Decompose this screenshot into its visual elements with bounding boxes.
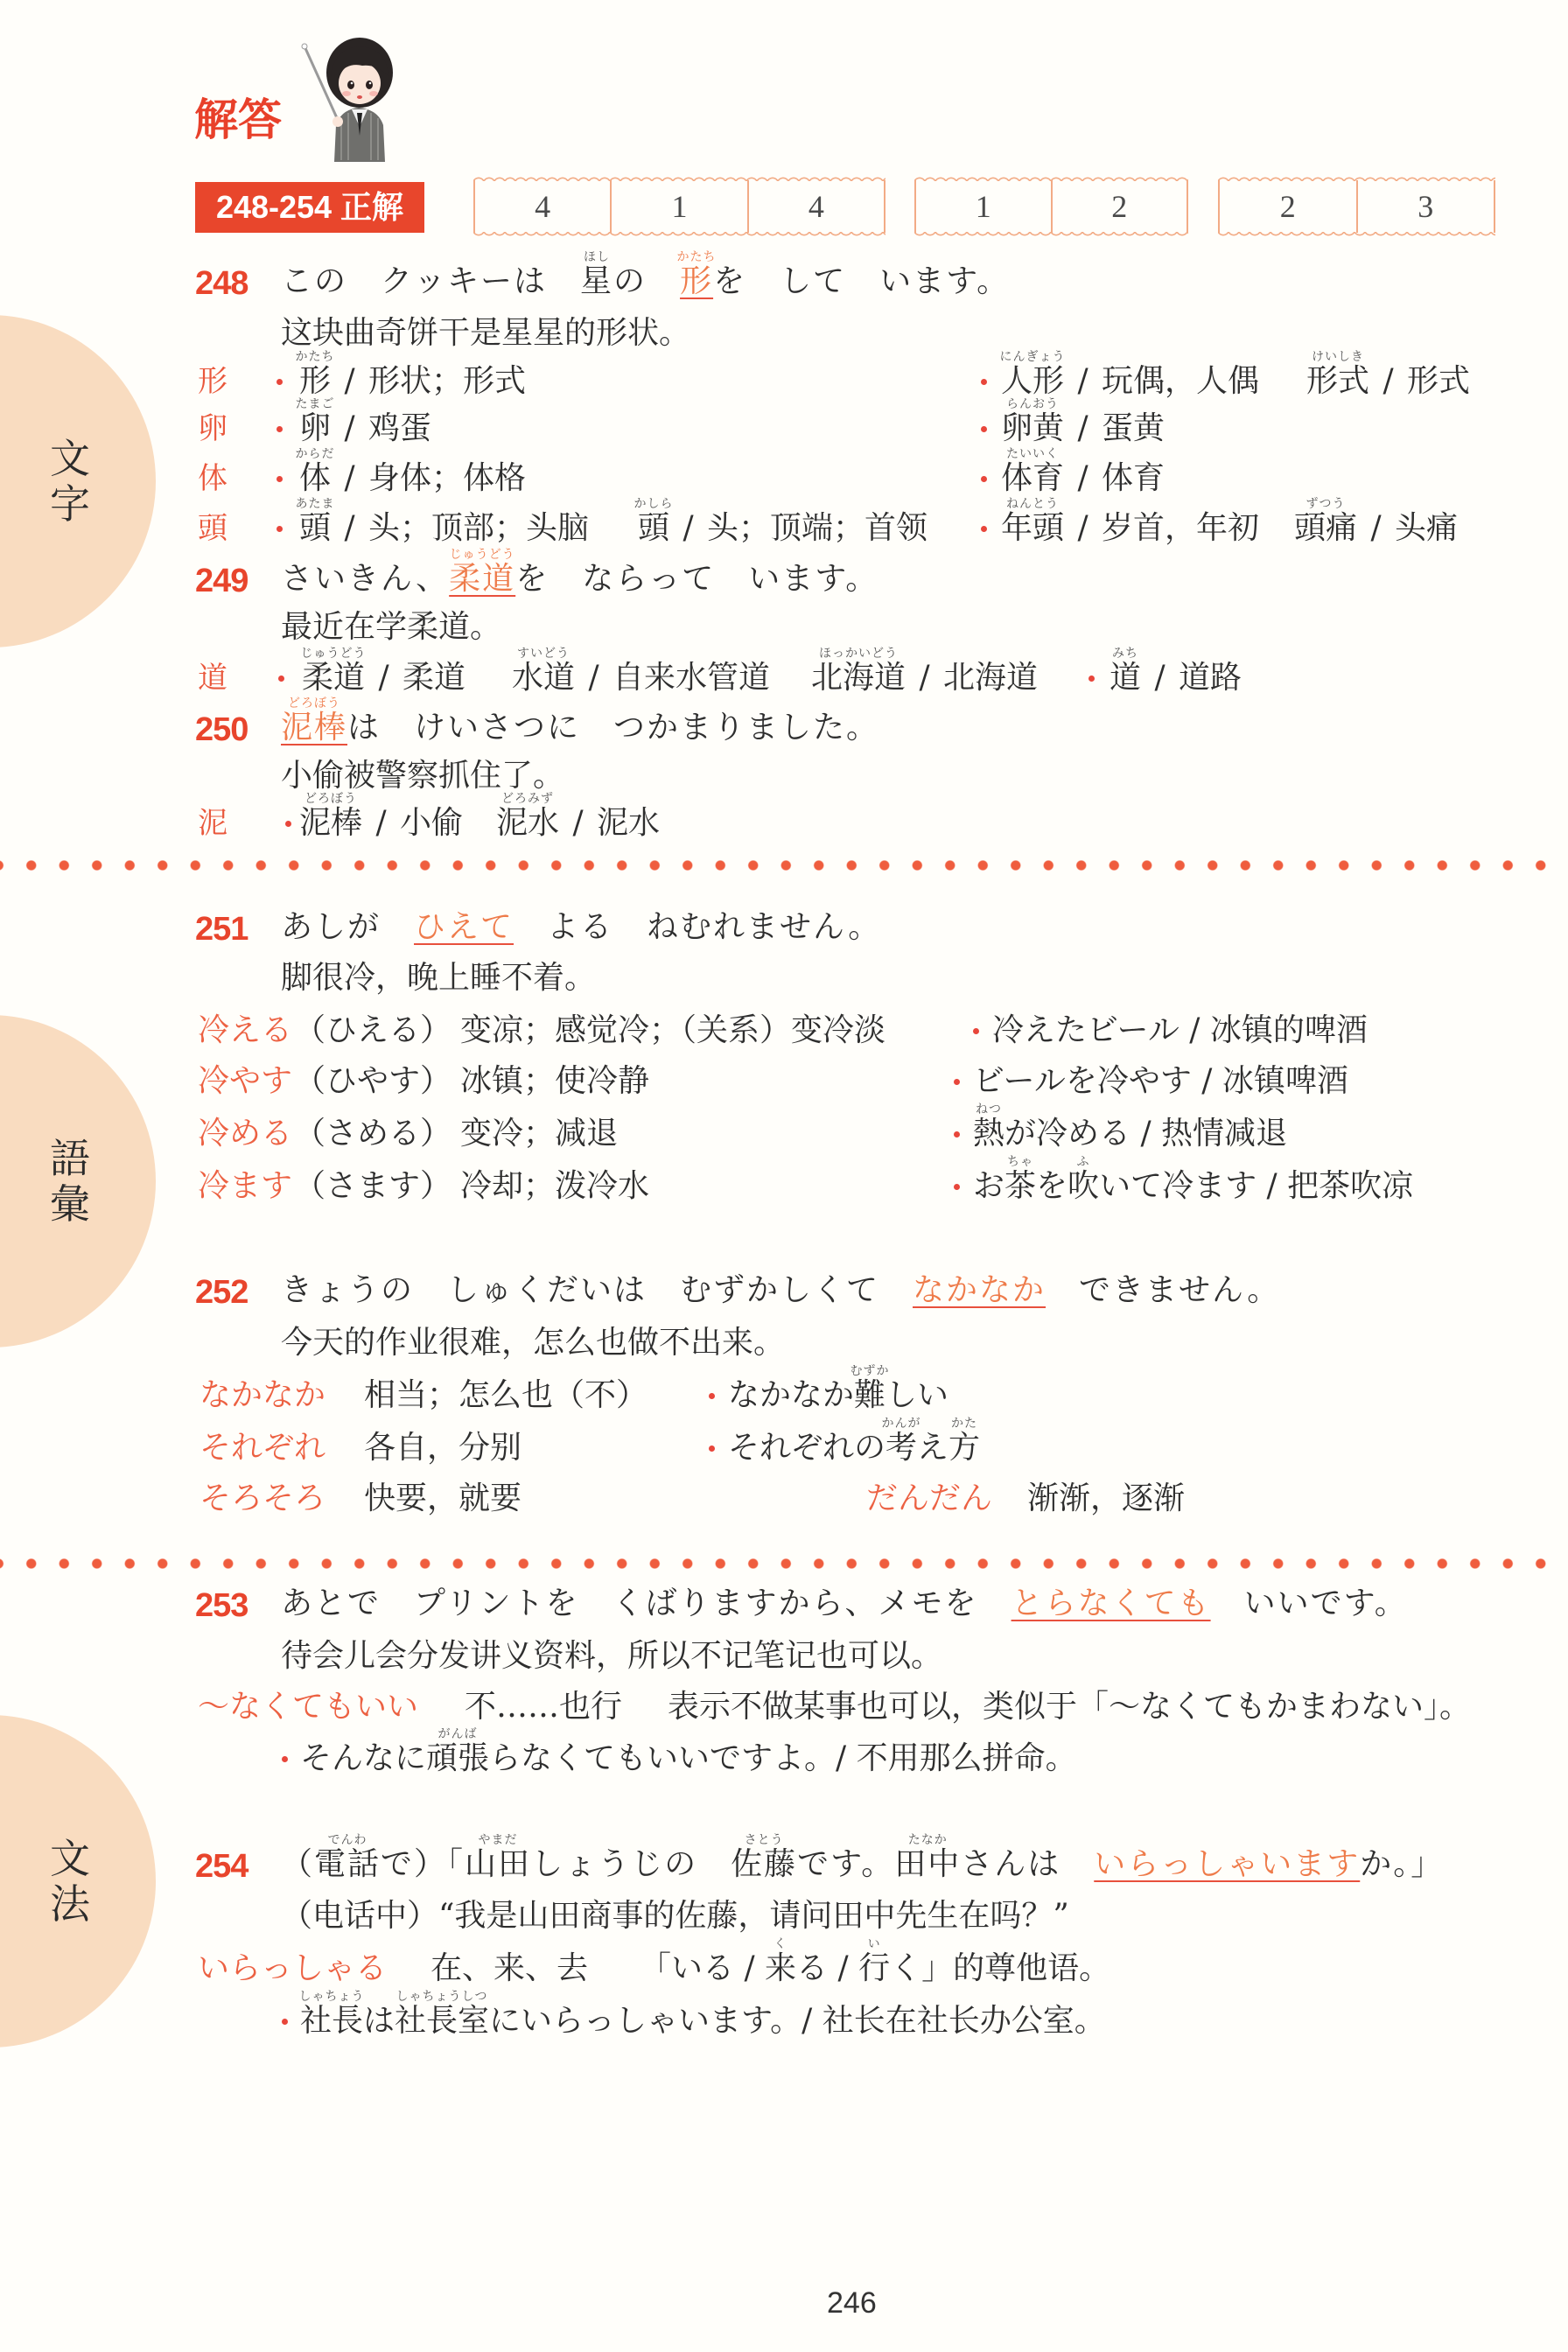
ruby-word: 人形にんぎょう: [1001, 362, 1064, 401]
kanji-row: 道 柔道じゅうどう / 柔道 水道すいどう / 自来水管道 北海道ほっかいどう …: [0, 659, 1568, 697]
note-text: る /: [796, 1949, 858, 1988]
vocab-meaning: 渐渐，逐渐: [1027, 1480, 1185, 1518]
sentence-text: この クッキーは: [281, 262, 580, 301]
vocab-meaning: 快要，就要: [364, 1480, 521, 1518]
ruby-word: 熱ねつ: [973, 1115, 1004, 1153]
kanji-example: 柔道じゅうどう / 柔道: [302, 659, 465, 697]
kanji-example: 道みち / 道路: [1109, 659, 1242, 697]
kanji-example: 卵黄らんおう / 蛋黄: [1001, 409, 1165, 448]
furigana: ねんとう: [1006, 498, 1059, 510]
sentence-text: の: [613, 262, 680, 301]
vocab-meaning: 各自，分别: [364, 1429, 521, 1467]
bullet-icon: [276, 426, 283, 432]
furigana: ふ: [1077, 1156, 1090, 1168]
answer-cell-248: 4: [475, 180, 612, 233]
vocab-reading: （ひえる）: [294, 1011, 451, 1050]
ruby-base: 星: [580, 263, 613, 299]
vocab-meaning: 相当；怎么也（不）: [364, 1376, 647, 1415]
ruby-base: 難: [854, 1377, 885, 1413]
bullet-icon: [981, 379, 987, 385]
ruby-word: 形式けいしき: [1306, 362, 1369, 401]
ruby-base: 頭痛: [1294, 510, 1357, 546]
ruby-word: 星ほし: [580, 262, 613, 301]
furigana: かた: [951, 1417, 977, 1430]
gloss-text: / 柔道: [365, 659, 465, 697]
vocab-reading: （さめる）: [294, 1115, 451, 1153]
furigana: かたち: [677, 251, 717, 263]
ruby-base: 熱: [973, 1116, 1004, 1151]
ruby-word: 茶ちゃ: [1004, 1167, 1036, 1206]
page-title: 解答: [194, 94, 282, 145]
ruby-word: 泥水どろみず: [496, 804, 559, 843]
ruby-base: 泥棒: [299, 805, 362, 841]
sentence-text: （: [281, 1845, 314, 1884]
vocab-word: 冷やす: [198, 1062, 292, 1101]
example-text: が冷める / 热情减退: [1004, 1115, 1287, 1153]
bullet-icon: [276, 476, 283, 482]
vocab-reading: （さます）: [294, 1167, 451, 1206]
example-text: を: [1036, 1167, 1067, 1206]
ruby-base: 田中: [894, 1846, 961, 1882]
furigana: ねつ: [976, 1103, 1002, 1116]
bullet-icon: [276, 526, 283, 532]
answer-cell-254: 3: [1358, 180, 1494, 233]
ruby-word: 田中たなか: [894, 1845, 961, 1884]
kanji-row: 頭 頭あたま / 头；顶部；头脑 頭かしら / 头；顶端；首领 年頭ねんとう /…: [0, 509, 1568, 548]
ruby-word: 形かたち: [299, 362, 331, 401]
ruby-base: 佐藤: [731, 1846, 797, 1882]
ruby-word: 難むずか: [854, 1376, 885, 1415]
vocab-meaning: 冰镇；使冷静: [460, 1062, 649, 1101]
kanji-label: 体: [198, 459, 227, 498]
gloss-text: / 形式: [1369, 362, 1470, 401]
ruby-word: 来く: [765, 1949, 796, 1988]
bullet-icon: [285, 821, 291, 827]
gloss-text: / 身体；体格: [331, 459, 526, 498]
vocab-meaning: 变凉；感觉冷；（关系）变冷淡: [460, 1011, 885, 1050]
ruby-base: 泥水: [496, 805, 559, 841]
ruby-base: 柔道: [302, 660, 365, 696]
translation: 待会儿会分发讲义资料，所以不记笔记也可以。: [281, 1637, 942, 1676]
example-text: にいらっしゃいます。/ 社长在社长办公室。: [489, 2002, 1106, 2040]
furigana: かんが: [882, 1417, 921, 1430]
ruby-base: 形式: [1306, 363, 1369, 399]
sentence-text: しょうじの: [531, 1845, 731, 1884]
example-text: え: [917, 1429, 948, 1467]
ruby-word: 電話でんわ: [314, 1845, 381, 1884]
gloss-text: / 形状；形式: [331, 362, 526, 401]
kanji-example: 泥棒どろぼう / 小偷: [299, 804, 463, 843]
vocab-row: 冷やす （ひやす） 冰镇；使冷静 ビールを冷やす / 冰镇啤酒: [0, 1062, 1568, 1101]
ruby-base: 柔道: [449, 561, 515, 597]
vocab-reading: （ひやす）: [294, 1062, 451, 1101]
ruby-word: 水道すいどう: [512, 659, 575, 697]
bullet-icon: [276, 379, 283, 385]
ruby-base: 山田: [465, 1846, 531, 1882]
ruby-base: 社長: [300, 2003, 363, 2039]
ruby-word: 佐藤さとう: [731, 1845, 797, 1884]
vocab-row: なかなか 相当；怎么也（不） なかなか難むずかしい: [0, 1376, 1568, 1415]
example-text: は: [363, 2002, 395, 2040]
answer-cell-253: 2: [1220, 180, 1358, 233]
question-sentence: さいきん、 柔道じゅうどう を ならって います。: [281, 560, 878, 598]
sentence-text: さいきん、: [281, 560, 449, 598]
ruby-word: 頭かしら: [638, 509, 669, 548]
furigana: じゅうどう: [450, 549, 515, 561]
ruby-word: 頭あたま: [299, 509, 331, 548]
furigana: ずつう: [1306, 498, 1346, 510]
note-text: く」的尊他语。: [890, 1949, 1110, 1988]
vocab-meaning: 变冷；减退: [460, 1115, 618, 1153]
furigana: ちゃ: [1007, 1156, 1033, 1168]
vocab-meaning: 冷却；泼冷水: [460, 1167, 649, 1206]
bullet-icon: [282, 1756, 288, 1762]
question-sentence: あとで プリントを くばりますから、メモを とらなくても いいです。: [281, 1585, 1408, 1623]
sentence-text: よる ねむれません。: [514, 908, 881, 947]
ruby-base: 年頭: [1001, 510, 1064, 546]
bullet-icon: [282, 2019, 288, 2025]
example-text: そんなに: [300, 1739, 426, 1778]
ruby-base: 体: [299, 460, 331, 496]
bullet-icon: [981, 426, 987, 432]
vocab-row: それぞれ 各自，分别 それぞれの考かんがえ方かた: [0, 1429, 1568, 1467]
ruby-word: 行い: [858, 1949, 890, 1988]
furigana: ほし: [584, 251, 610, 263]
vocab-word: なかなか: [199, 1376, 325, 1415]
example-text: お: [973, 1167, 1004, 1206]
grammar-example-row: 社長しゃちょうは社長室しゃちょうしつにいらっしゃいます。/ 社长在社长办公室。: [0, 2002, 1568, 2040]
vocab-example: お茶ちゃを吹ふいて冷ます / 把茶吹凉: [973, 1167, 1413, 1206]
bullet-icon: [278, 675, 284, 682]
ruby-word: 頑張がんば: [426, 1739, 489, 1778]
vocab-row: 冷える （ひえる） 变凉；感觉冷；（关系）变冷淡 冷えたビール / 冰镇的啤酒: [0, 1011, 1568, 1050]
kanji-example: 卵たまご / 鸡蛋: [299, 409, 431, 448]
gloss-text: / 头；顶端；首领: [669, 509, 927, 548]
furigana: みち: [1112, 647, 1138, 660]
sentence-text: で）「: [381, 1845, 465, 1884]
gloss-text: / 岁首，年初: [1064, 509, 1259, 548]
vocab-example: なかなか難むずかしい: [728, 1376, 948, 1415]
answer-word: 形かたち: [680, 262, 713, 301]
kanji-example: 頭かしら / 头；顶端；首领: [638, 509, 927, 548]
ruby-base: 頭: [638, 510, 669, 546]
ruby-base: 卵: [299, 410, 331, 446]
answer-group-253-254: 2 3: [1218, 180, 1495, 233]
grammar-row: ～なくてもいい 不……也行 表示不做某事也可以，类似于「～なくてもかまわない」。: [0, 1688, 1568, 1726]
example-text: いて冷ます / 把茶吹凉: [1099, 1167, 1413, 1206]
ruby-base: 茶: [1004, 1168, 1036, 1204]
ruby-word: 卵たまご: [299, 409, 331, 448]
kanji-example: 泥水どろみず / 泥水: [496, 804, 660, 843]
furigana: たなか: [908, 1834, 948, 1846]
answer-cell-252: 2: [1053, 180, 1187, 233]
ruby-word: 考かんが: [885, 1429, 917, 1467]
grammar-example: 社長しゃちょうは社長室しゃちょうしつにいらっしゃいます。/ 社长在社长办公室。: [300, 2002, 1106, 2040]
furigana: しゃちょう: [299, 1991, 365, 2003]
translation: 今天的作业很难，怎么也做不出来。: [281, 1324, 785, 1362]
kanji-row: 形 形かたち / 形状；形式 人形にんぎょう / 玩偶，人偶 形式けいしき / …: [0, 362, 1568, 401]
gloss-text: / 头；顶部；头脑: [331, 509, 589, 548]
ruby-word: 泥棒どろぼう: [299, 804, 362, 843]
question-number: 254: [195, 1847, 248, 1886]
furigana: さとう: [745, 1834, 784, 1846]
ruby-base: 泥棒: [281, 710, 347, 745]
question-number: 252: [195, 1273, 248, 1312]
grammar-example: そんなに頑張がんばらなくてもいいですよ。/ 不用那么拼命。: [300, 1739, 1077, 1778]
furigana: にんぎょう: [1000, 351, 1066, 363]
kanji-label: 形: [198, 362, 227, 401]
furigana: しゃちょうしつ: [396, 1991, 488, 2003]
answer-word: とらなくても: [1011, 1585, 1211, 1623]
furigana: むずか: [850, 1365, 890, 1377]
sentence-text: きょうの しゅくだいは むずかしくて: [281, 1271, 913, 1310]
kanji-example: 年頭ねんとう / 岁首，年初: [1001, 509, 1259, 548]
ruby-base: 卵黄: [1001, 410, 1064, 446]
grammar-meaning: 在、来、去: [430, 1949, 588, 1988]
question-number: 248: [195, 264, 248, 303]
bullet-icon: [954, 1079, 960, 1085]
vocab-word: 冷える: [198, 1011, 292, 1050]
gloss-text: / 蛋黄: [1064, 409, 1165, 448]
section-tab-label-bunpou: 文法: [49, 1836, 91, 1927]
vocab-example: ビールを冷やす / 冰镇啤酒: [973, 1062, 1348, 1101]
ruby-word: 社長しゃちょう: [300, 2002, 363, 2040]
gloss-text: / 鸡蛋: [331, 409, 431, 448]
ruby-word: 道みち: [1109, 659, 1141, 697]
furigana: かたち: [296, 351, 335, 363]
vocab-word: 冷ます: [198, 1167, 292, 1206]
answer-word: ひえて: [414, 908, 514, 947]
gloss-text: / 泥水: [559, 804, 660, 843]
kanji-label: 卵: [198, 409, 227, 448]
answer-cell-249: 1: [612, 180, 748, 233]
example-text: 冷えたビール / 冰镇的啤酒: [992, 1011, 1368, 1050]
kanji-example: 人形にんぎょう / 玩偶，人偶: [1001, 362, 1259, 401]
furigana: じゅうどう: [301, 647, 367, 660]
bullet-icon: [981, 476, 987, 482]
furigana: く: [774, 1938, 787, 1950]
teacher-mascot-illustration: [296, 22, 401, 162]
answer-word: いらっしゃいます: [1094, 1845, 1360, 1884]
gloss-text: / 玩偶，人偶: [1064, 362, 1259, 401]
grammar-pattern: いらっしゃる: [198, 1949, 387, 1988]
sentence-text: いいです。: [1211, 1585, 1408, 1623]
question-sentence: （ 電話でんわ で）「 山田やまだ しょうじの 佐藤さとう です。 田中たなか …: [281, 1845, 1444, 1884]
ruby-word: 山田やまだ: [465, 1845, 531, 1884]
ruby-word: 年頭ねんとう: [1001, 509, 1064, 548]
furigana: かしら: [634, 498, 674, 510]
ruby-base: 吹: [1067, 1168, 1099, 1204]
ruby-base: 電話: [314, 1846, 381, 1882]
furigana: あたま: [296, 498, 335, 510]
ruby-word: 吹ふ: [1067, 1167, 1099, 1206]
question-number: 249: [195, 562, 248, 600]
ruby-base: 形: [299, 363, 331, 399]
translation: 这块曲奇饼干是星星的形状。: [281, 314, 690, 353]
kanji-label: 道: [198, 659, 227, 697]
ruby-base: 水道: [512, 660, 575, 696]
kanji-example: 頭あたま / 头；顶部；头脑: [299, 509, 589, 548]
answer-word: 柔道じゅうどう: [449, 560, 515, 598]
furigana: がんば: [438, 1728, 478, 1740]
furigana: やまだ: [479, 1834, 518, 1846]
bullet-icon: [973, 1028, 979, 1034]
bullet-icon: [954, 1184, 960, 1190]
question-sentence: この クッキーは 星ほし の 形かたち を して います。: [281, 262, 1010, 301]
ruby-word: 社長室しゃちょうしつ: [395, 2002, 489, 2040]
vocab-word: そろそろ: [199, 1480, 325, 1518]
sentence-text: か。」: [1360, 1845, 1444, 1884]
ruby-base: 形: [680, 263, 713, 299]
example-text: それぞれの: [728, 1429, 885, 1467]
grammar-note: 表示不做某事也可以，类似于「～なくてもかまわない」。: [668, 1688, 1471, 1726]
question-sentence: 泥棒どろぼう は けいさつに つかまりました。: [281, 709, 879, 747]
question-number: 250: [195, 710, 248, 749]
translation: 最近在学柔道。: [281, 608, 501, 647]
kanji-example: 体育たいいく / 体育: [1001, 459, 1165, 498]
ruby-base: 道: [1109, 660, 1141, 696]
ruby-word: 体育たいいく: [1001, 459, 1064, 498]
ruby-word: 北海道ほっかいどう: [811, 659, 906, 697]
kanji-row: 卵 卵たまご / 鸡蛋 卵黄らんおう / 蛋黄: [0, 409, 1568, 448]
vocab-example: 熱ねつが冷める / 热情减退: [973, 1115, 1287, 1153]
sentence-text: さんは: [961, 1845, 1094, 1884]
question-number: 253: [195, 1586, 248, 1625]
furigana: どろみず: [501, 793, 554, 805]
ruby-base: 方: [948, 1430, 980, 1466]
dotted-divider: [0, 1557, 1568, 1570]
furigana: けいしき: [1312, 351, 1364, 363]
gloss-text: / 道路: [1141, 659, 1242, 697]
bullet-icon: [1088, 675, 1095, 682]
translation: 小偷被警察抓住了。: [281, 757, 564, 795]
vocab-example: それぞれの考かんがえ方かた: [728, 1429, 980, 1467]
ruby-base: 頑張: [426, 1740, 489, 1776]
answer-group-251-252: 1 2: [914, 180, 1188, 233]
ruby-base: 来: [765, 1950, 796, 1986]
kanji-label: 頭: [198, 509, 227, 548]
sentence-text: です。: [797, 1845, 894, 1884]
vocab-row: 冷める （さめる） 变冷；减退 熱ねつが冷める / 热情减退: [0, 1115, 1568, 1153]
kanji-example: 体からだ / 身体；体格: [299, 459, 526, 498]
vocab-word: だんだん: [866, 1480, 992, 1518]
furigana: からだ: [296, 448, 335, 460]
ruby-base: 考: [885, 1430, 917, 1466]
question-sentence: あしが ひえて よる ねむれません。: [281, 908, 881, 947]
ruby-word: 方かた: [948, 1429, 980, 1467]
furigana: すいどう: [517, 647, 570, 660]
translation: （电话中）“我是山田商事的佐藤，请问田中先生在吗？”: [281, 1897, 1069, 1935]
kanji-example: 形かたち / 形状；形式: [299, 362, 526, 401]
example-text: しい: [885, 1376, 948, 1415]
grammar-row: いらっしゃる 在、来、去 「いる / 来くる / 行いく」的尊他语。: [0, 1949, 1568, 1988]
vocab-word: 冷める: [198, 1115, 292, 1153]
ruby-base: 人形: [1001, 363, 1064, 399]
example-text: なかなか: [728, 1376, 854, 1415]
kanji-example: 形式けいしき / 形式: [1306, 362, 1470, 401]
vocab-example: 冷えたビール / 冰镇的啤酒: [992, 1011, 1368, 1050]
ruby-base: 体育: [1001, 460, 1064, 496]
furigana: らんおう: [1006, 398, 1059, 410]
answer-group-248-250: 4 1 4: [473, 180, 885, 233]
ruby-word: 頭痛ずつう: [1294, 509, 1357, 548]
furigana: どろぼう: [304, 793, 357, 805]
ruby-word: 柔道じゅうどう: [302, 659, 365, 697]
vocab-row: そろそろ 快要，就要 だんだん 渐渐，逐渐: [0, 1480, 1568, 1518]
ruby-word: 卵黄らんおう: [1001, 409, 1064, 448]
ruby-word: 体からだ: [299, 459, 331, 498]
kanji-example: 北海道ほっかいどう / 北海道: [811, 659, 1038, 697]
sentence-text: あしが: [281, 908, 414, 947]
answer-cell-251: 1: [916, 180, 1053, 233]
sentence-text: できません。: [1046, 1271, 1280, 1310]
bullet-icon: [954, 1131, 960, 1137]
sentence-text: を して います。: [713, 262, 1010, 301]
question-sentence: きょうの しゅくだいは むずかしくて なかなか できません。: [281, 1271, 1280, 1310]
translation: 脚很冷，晚上睡不着。: [281, 959, 596, 997]
kanji-row: 体 体からだ / 身体；体格 体育たいいく / 体育: [0, 459, 1568, 498]
answer-page: 解答 248-254 正解 4 1 4 1: [0, 0, 1568, 2352]
grammar-meaning: 不……也行: [465, 1688, 622, 1726]
kanji-label: 泥: [198, 804, 227, 843]
bullet-icon: [981, 526, 987, 532]
gloss-text: / 头痛: [1357, 509, 1458, 548]
furigana: どろぼう: [288, 697, 340, 710]
furigana: い: [868, 1938, 881, 1950]
vocab-row: 冷ます （さます） 冷却；泼冷水 お茶ちゃを吹ふいて冷ます / 把茶吹凉: [0, 1167, 1568, 1206]
question-number: 251: [195, 910, 248, 948]
furigana: でんわ: [328, 1834, 367, 1846]
answer-word: なかなか: [913, 1271, 1046, 1310]
gloss-text: / 北海道: [906, 659, 1038, 697]
example-text: ビールを冷やす / 冰镇啤酒: [973, 1062, 1348, 1101]
furigana: たまご: [296, 398, 335, 410]
note-text: 「いる /: [640, 1949, 765, 1988]
page-number: 246: [827, 2285, 877, 2320]
bullet-icon: [709, 1393, 715, 1399]
bullet-icon: [709, 1445, 715, 1452]
answer-cell-250: 4: [749, 180, 884, 233]
furigana: ほっかいどう: [819, 647, 898, 660]
sentence-text: あとで プリントを くばりますから、メモを: [281, 1585, 1011, 1623]
grammar-pattern: ～なくてもいい: [198, 1688, 418, 1726]
furigana: たいいく: [1006, 448, 1059, 460]
ruby-base: 社長室: [395, 2003, 489, 2039]
kanji-row: 泥 泥棒どろぼう / 小偷 泥水どろみず / 泥水: [0, 804, 1568, 843]
dotted-divider: [0, 859, 1568, 871]
ruby-base: 北海道: [811, 660, 906, 696]
gloss-text: / 小偷: [362, 804, 463, 843]
grammar-note: 「いる / 来くる / 行いく」的尊他语。: [640, 1949, 1110, 1988]
answer-word: 泥棒どろぼう: [281, 709, 347, 747]
kanji-example: 水道すいどう / 自来水管道: [512, 659, 770, 697]
kanji-example: 頭痛ずつう / 头痛: [1294, 509, 1458, 548]
sentence-text: を ならって います。: [515, 560, 878, 598]
ruby-base: 行: [858, 1950, 890, 1986]
answer-range-label: 248-254 正解: [195, 182, 424, 233]
gloss-text: / 体育: [1064, 459, 1165, 498]
gloss-text: / 自来水管道: [575, 659, 770, 697]
sentence-text: は けいさつに つかまりました。: [347, 709, 879, 747]
ruby-base: 頭: [299, 510, 331, 546]
example-text: らなくてもいいですよ。/ 不用那么拼命。: [489, 1739, 1077, 1778]
grammar-example-row: そんなに頑張がんばらなくてもいいですよ。/ 不用那么拼命。: [0, 1739, 1568, 1778]
vocab-word: それぞれ: [199, 1429, 325, 1467]
